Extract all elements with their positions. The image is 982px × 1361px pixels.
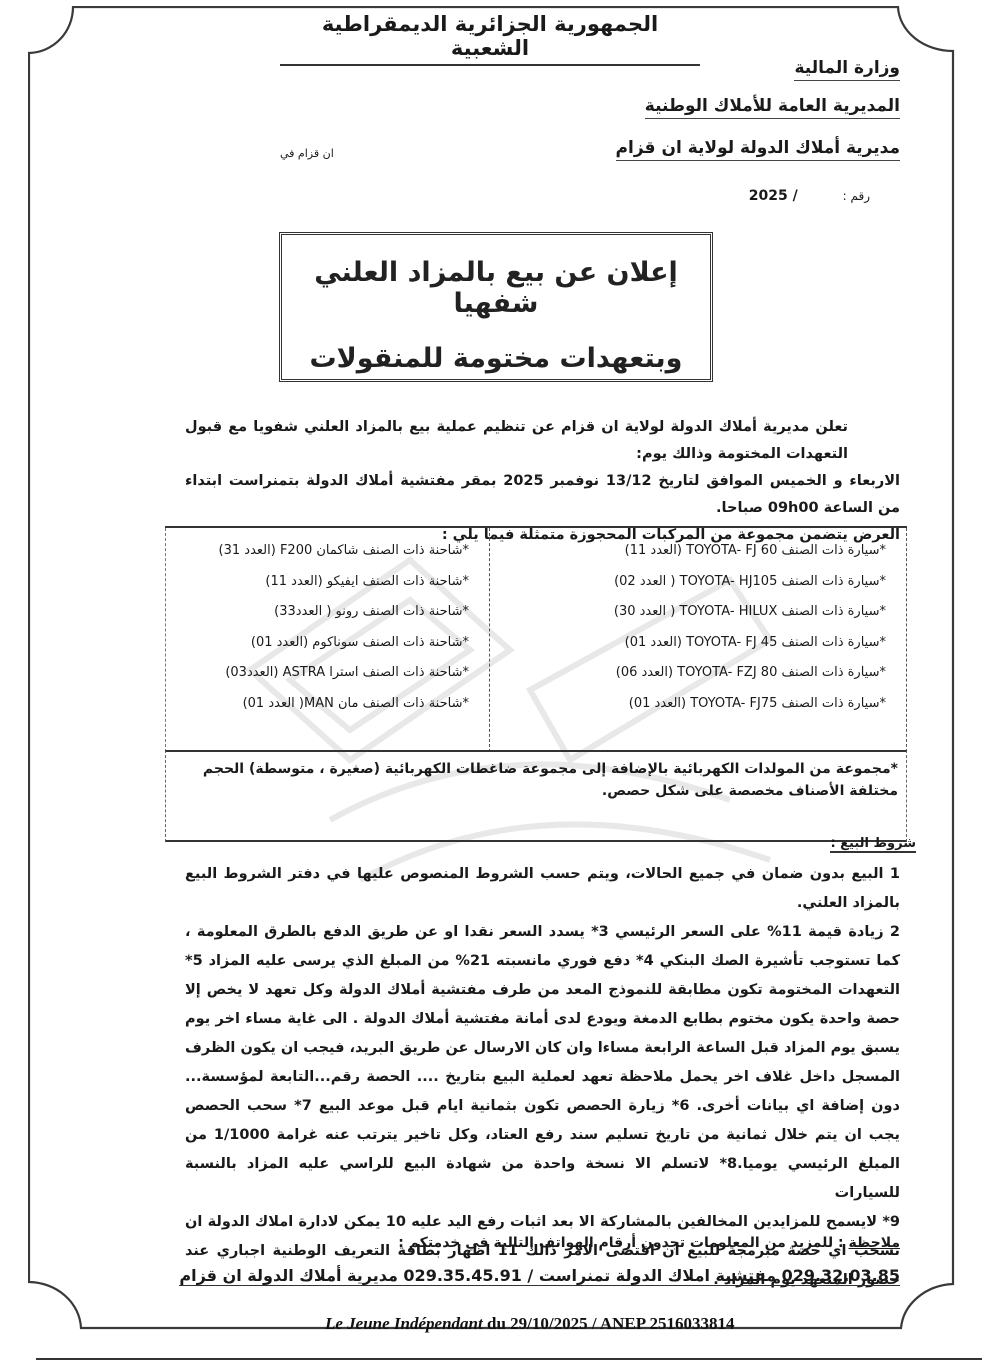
republic-heading: الجمهورية الجزائرية الديمقراطية الشعبية: [280, 12, 700, 66]
directorate-heading: مديرية أملاك الدولة لولاية ان قزام: [616, 138, 900, 161]
intro-line-1: تعلن مديرية أملاك الدولة لولاية ان قزام …: [185, 414, 900, 468]
reference-number: رقم : / 2025: [749, 188, 870, 204]
ministry-heading: وزارة المالية: [794, 58, 900, 81]
car-item: *سيارة ذات الصنف TOYOTA- HJ105 ( العدد 0…: [498, 567, 886, 598]
condition-paragraph: 2 زيادة قيمة 11% على السعر الرئيسي 3* يس…: [185, 918, 900, 1208]
cars-column: *سيارة ذات الصنف TOYOTA- FJ 60 (العدد 11…: [489, 528, 907, 752]
truck-item: *شاحنة ذات الصنف رونو ( العدد33): [174, 597, 469, 628]
conditions-heading: شروط البيع :: [830, 836, 916, 853]
truck-item: *شاحنة ذات الصنف ايفيكو (العدد 11): [174, 567, 469, 598]
title-line-1: إعلان عن بيع بالمزاد العلني شفهيا: [282, 257, 710, 319]
car-item: *سيارة ذات الصنف TOYOTA- HILUX ( العدد 3…: [498, 597, 886, 628]
generators-row: *مجموعة من المولدات الكهربائية بالإضافة …: [165, 750, 907, 842]
reference-value: / 2025: [749, 188, 798, 204]
general-directorate-heading: المديرية العامة للأملاك الوطنية: [645, 96, 900, 119]
trucks-column: *شاحنة ذات الصنف شاكمان F200 (العدد 31) …: [165, 528, 489, 752]
publication-name: Le Jeune Indépendant: [325, 1314, 483, 1333]
truck-item: *شاحنة ذات الصنف شاكمان F200 (العدد 31): [174, 536, 469, 567]
publication-footer: Le Jeune Indépendant du 29/10/2025 / ANE…: [325, 1314, 734, 1334]
truck-item: *شاحنة ذات الصنف سوناكوم (العدد 01): [174, 628, 469, 659]
note-line: ملاحظة : للمزيد من المعلومات تجدون أرقام…: [398, 1235, 900, 1251]
announcement-title-box: إعلان عن بيع بالمزاد العلني شفهيا وبتعهد…: [279, 232, 713, 382]
reference-label: رقم :: [843, 189, 870, 203]
intro-line-2: الاربعاء و الخميس الموافق لتاريخ 13/12 ن…: [185, 468, 900, 522]
conditions-body: 1 البيع بدون ضمان في جميع الحالات، ويتم …: [185, 860, 900, 1295]
truck-item: *شاحنة ذات الصنف استرا ASTRA (العدد03): [174, 658, 469, 689]
car-item: *سيارة ذات الصنف TOYOTA- FJ 60 (العدد 11…: [498, 536, 886, 567]
condition-paragraph: 1 البيع بدون ضمان في جميع الحالات، ويتم …: [185, 860, 900, 918]
note-label: ملاحظة: [848, 1235, 900, 1251]
truck-item: *شاحنة ذات الصنف مان MAN( العدد 01): [174, 689, 469, 720]
bottom-rule: [36, 1358, 982, 1360]
car-item: *سيارة ذات الصنف TOYOTA- FZJ 80 (العدد 0…: [498, 658, 886, 689]
vehicles-table: *سيارة ذات الصنف TOYOTA- FJ 60 (العدد 11…: [165, 526, 907, 752]
car-item: *سيارة ذات الصنف TOYOTA- FJ75 (العدد 01): [498, 689, 886, 720]
car-item: *سيارة ذات الصنف TOYOTA- FJ 45 (العدد 01…: [498, 628, 886, 659]
publication-details: du 29/10/2025 / ANEP 2516033814: [483, 1314, 735, 1333]
title-line-2: وبتعهدات مختومة للمنقولات: [282, 343, 710, 374]
place-date-line: ان قزام في: [280, 147, 334, 160]
note-text: : للمزيد من المعلومات تجدون أرقام الهوات…: [398, 1235, 848, 1251]
phone-numbers: 029.32.03.85 مفتشية املاك الدولة تمنراست…: [179, 1266, 900, 1286]
